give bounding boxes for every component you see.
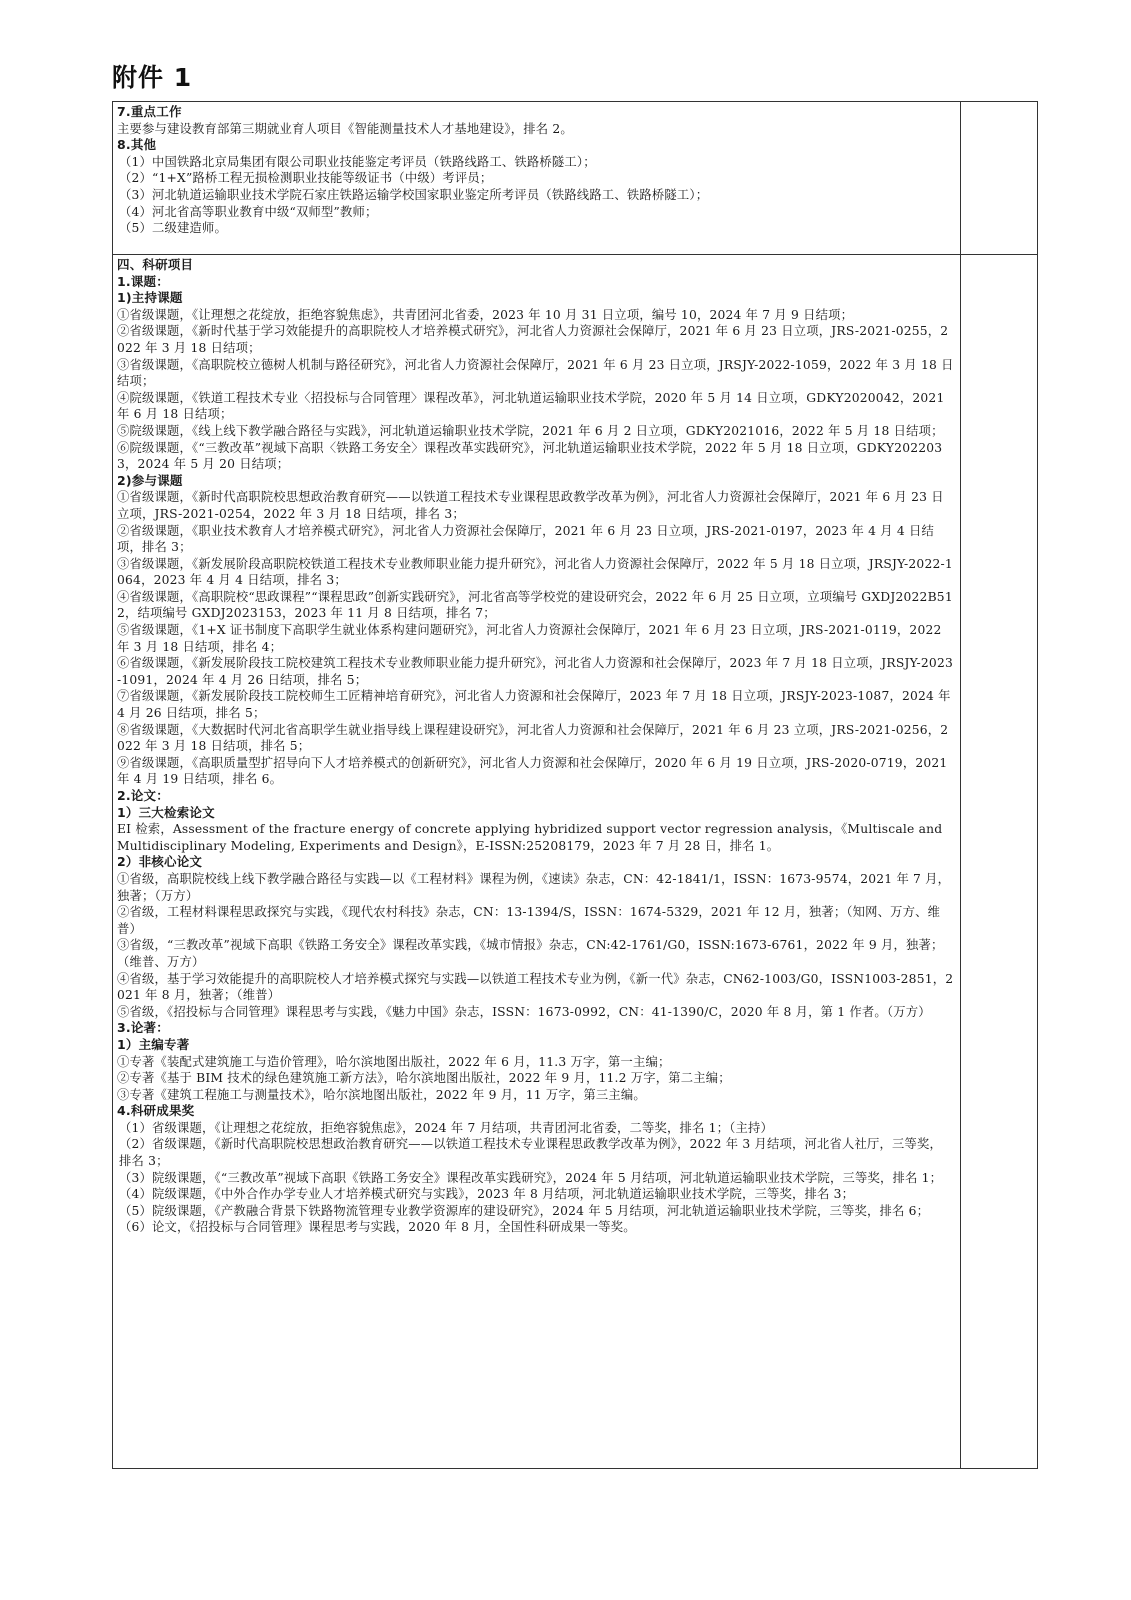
key-work-heading: 7.重点工作 [117,104,954,121]
hosted-topic: ①省级课题，《让理想之花绽放，拒绝容貌焦虑》，共青团河北省委，2023 年 10… [117,307,954,324]
noncore-papers-heading: 2）非核心论文 [117,854,954,871]
participated-topic: ⑥省级课题，《新发展阶段技工院校建筑工程技术专业教师职业能力提升研究》，河北省人… [117,655,954,688]
editor-book: ③专著《建筑工程施工与测量技术》，哈尔滨地图出版社，2022 年 9 月，11 … [117,1087,954,1104]
topics-heading: 1.课题： [117,274,954,291]
research-row: 四、科研项目 1.课题： 1)主持课题 ①省级课题，《让理想之花绽放，拒绝容貌焦… [113,255,1038,1469]
participated-topic: ②省级课题，《职业技术教育人才培养模式研究》，河北省人力资源社会保障厅，2021… [117,523,954,556]
other-item: （3）河北轨道运输职业技术学院石家庄铁路运输学校国家职业鉴定所考评员（铁路线路工… [117,187,954,204]
other-item: （1）中国铁路北京局集团有限公司职业技能鉴定考评员（铁路线路工、铁路桥隧工）； [117,154,954,171]
hosted-topic: ⑤院级课题，《线上线下教学融合路径与实践》，河北轨道运输职业技术学院，2021 … [117,423,954,440]
participated-topic: ③省级课题，《新发展阶段高职院校铁道工程技术专业教师职业能力提升研究》，河北省人… [117,556,954,589]
other-item: （2）“1+X”路桥工程无损检测职业技能等级证书（中级）考评员； [117,170,954,187]
participated-topic: ⑦省级课题，《新发展阶段技工院校师生工匠精神培育研究》，河北省人力资源和社会保障… [117,688,954,721]
other-item: （4）河北省高等职业教育中级“双师型”教师； [117,204,954,221]
research-content: 四、科研项目 1.课题： 1)主持课题 ①省级课题，《让理想之花绽放，拒绝容貌焦… [117,257,954,1236]
participated-topic: ⑨省级课题，《高职质量型扩招导向下人才培养模式的创新研究》，河北省人力资源和社会… [117,755,954,788]
noncore-paper: ④省级，基于学习效能提升的高职院校人才培养模式探究与实践—以铁道工程技术专业为例… [117,971,954,1004]
editor-books-heading: 1）主编专著 [117,1037,954,1054]
work-row: 7.重点工作 主要参与建设教育部第三期就业育人项目《智能测量技术人才基地建设》，… [113,102,1038,255]
award-item: （4）院级课题，《中外合作办学专业人才培养模式研究与实践》，2023 年 8 月… [117,1186,954,1203]
awards-heading: 4.科研成果奖 [117,1103,954,1120]
hosted-topic: ②省级课题，《新时代基于学习效能提升的高职院校人才培养模式研究》，河北省人力资源… [117,323,954,356]
award-item: （1）省级课题，《让理想之花绽放，拒绝容貌焦虑》，2024 年 7 月结项，共青… [117,1120,954,1137]
indexed-paper: EI 检索，Assessment of the fracture energy … [117,821,954,854]
hosted-topic: ④院级课题，《铁道工程技术专业〈招投标与合同管理〉课程改革》，河北轨道运输职业技… [117,390,954,423]
attachment-title: 附件 1 [112,58,192,94]
participated-topics-heading: 2)参与课题 [117,473,954,490]
participated-topic: ⑤省级课题，《1+X 证书制度下高职学生就业体系构建问题研究》，河北省人力资源社… [117,622,954,655]
key-work-text: 主要参与建设教育部第三期就业育人项目《智能测量技术人才基地建设》，排名 2。 [117,121,954,138]
papers-heading: 2.论文： [117,788,954,805]
research-side-cell [961,255,1038,1469]
award-item: （3）院级课题，《“三教改革”视域下高职《铁路工务安全》课程改革实践研究》，20… [117,1170,954,1187]
hosted-topics-heading: 1)主持课题 [117,290,954,307]
indexed-papers-heading: 1）三大检索论文 [117,805,954,822]
research-cell: 四、科研项目 1.课题： 1)主持课题 ①省级课题，《让理想之花绽放，拒绝容貌焦… [113,255,961,1469]
other-item: （5）二级建造师。 [117,220,954,237]
award-item: （2）省级课题，《新时代高职院校思想政治教育研究——以铁道工程技术专业课程思政教… [117,1136,954,1169]
award-item: （6）论文，《招投标与合同管理》课程思考与实践，2020 年 8 月，全国性科研… [117,1219,954,1236]
participated-topic: ⑧省级课题，《大数据时代河北省高职学生就业指导线上课程建设研究》，河北省人力资源… [117,722,954,755]
record-form-table: 7.重点工作 主要参与建设教育部第三期就业育人项目《智能测量技术人才基地建设》，… [112,101,1038,1469]
hosted-topic: ③省级课题，《高职院校立德树人机制与路径研究》，河北省人力资源社会保障厅，202… [117,357,954,390]
noncore-paper: ③省级，“三教改革”视域下高职《铁路工务安全》课程改革实践，《城市情报》杂志，C… [117,937,954,970]
work-content: 7.重点工作 主要参与建设教育部第三期就业育人项目《智能测量技术人才基地建设》，… [117,104,954,237]
hosted-topic: ⑥院级课题，《“三教改革”视域下高职〈铁路工务安全〉课程改革实践研究》，河北轨道… [117,440,954,473]
noncore-paper: ②省级，工程材料课程思政探究与实践，《现代农村科技》杂志，CN：13-1394/… [117,904,954,937]
participated-topic: ④省级课题，《高职院校“思政课程”“课程思政”创新实践研究》，河北省高等学校党的… [117,589,954,622]
editor-book: ②专著《基于 BIM 技术的绿色建筑施工新方法》，哈尔滨地图出版社，2022 年… [117,1070,954,1087]
work-cell: 7.重点工作 主要参与建设教育部第三期就业育人项目《智能测量技术人才基地建设》，… [113,102,961,255]
research-heading: 四、科研项目 [117,257,954,274]
noncore-paper: ①省级，高职院校线上线下教学融合路径与实践—以《工程材料》课程为例，《速读》杂志… [117,871,954,904]
editor-book: ①专著《装配式建筑施工与造价管理》，哈尔滨地图出版社，2022 年 6 月，11… [117,1054,954,1071]
other-heading: 8.其他 [117,137,954,154]
participated-topic: ①省级课题，《新时代高职院校思想政治教育研究——以铁道工程技术专业课程思政教学改… [117,489,954,522]
books-heading: 3.论著： [117,1020,954,1037]
award-item: （5）院级课题，《产教融合背景下铁路物流管理专业教学资源库的建设研究》，2024… [117,1203,954,1220]
work-side-cell [961,102,1038,255]
noncore-paper: ⑤省级，《招投标与合同管理》课程思考与实践，《魅力中国》杂志，ISSN：1673… [117,1004,954,1021]
